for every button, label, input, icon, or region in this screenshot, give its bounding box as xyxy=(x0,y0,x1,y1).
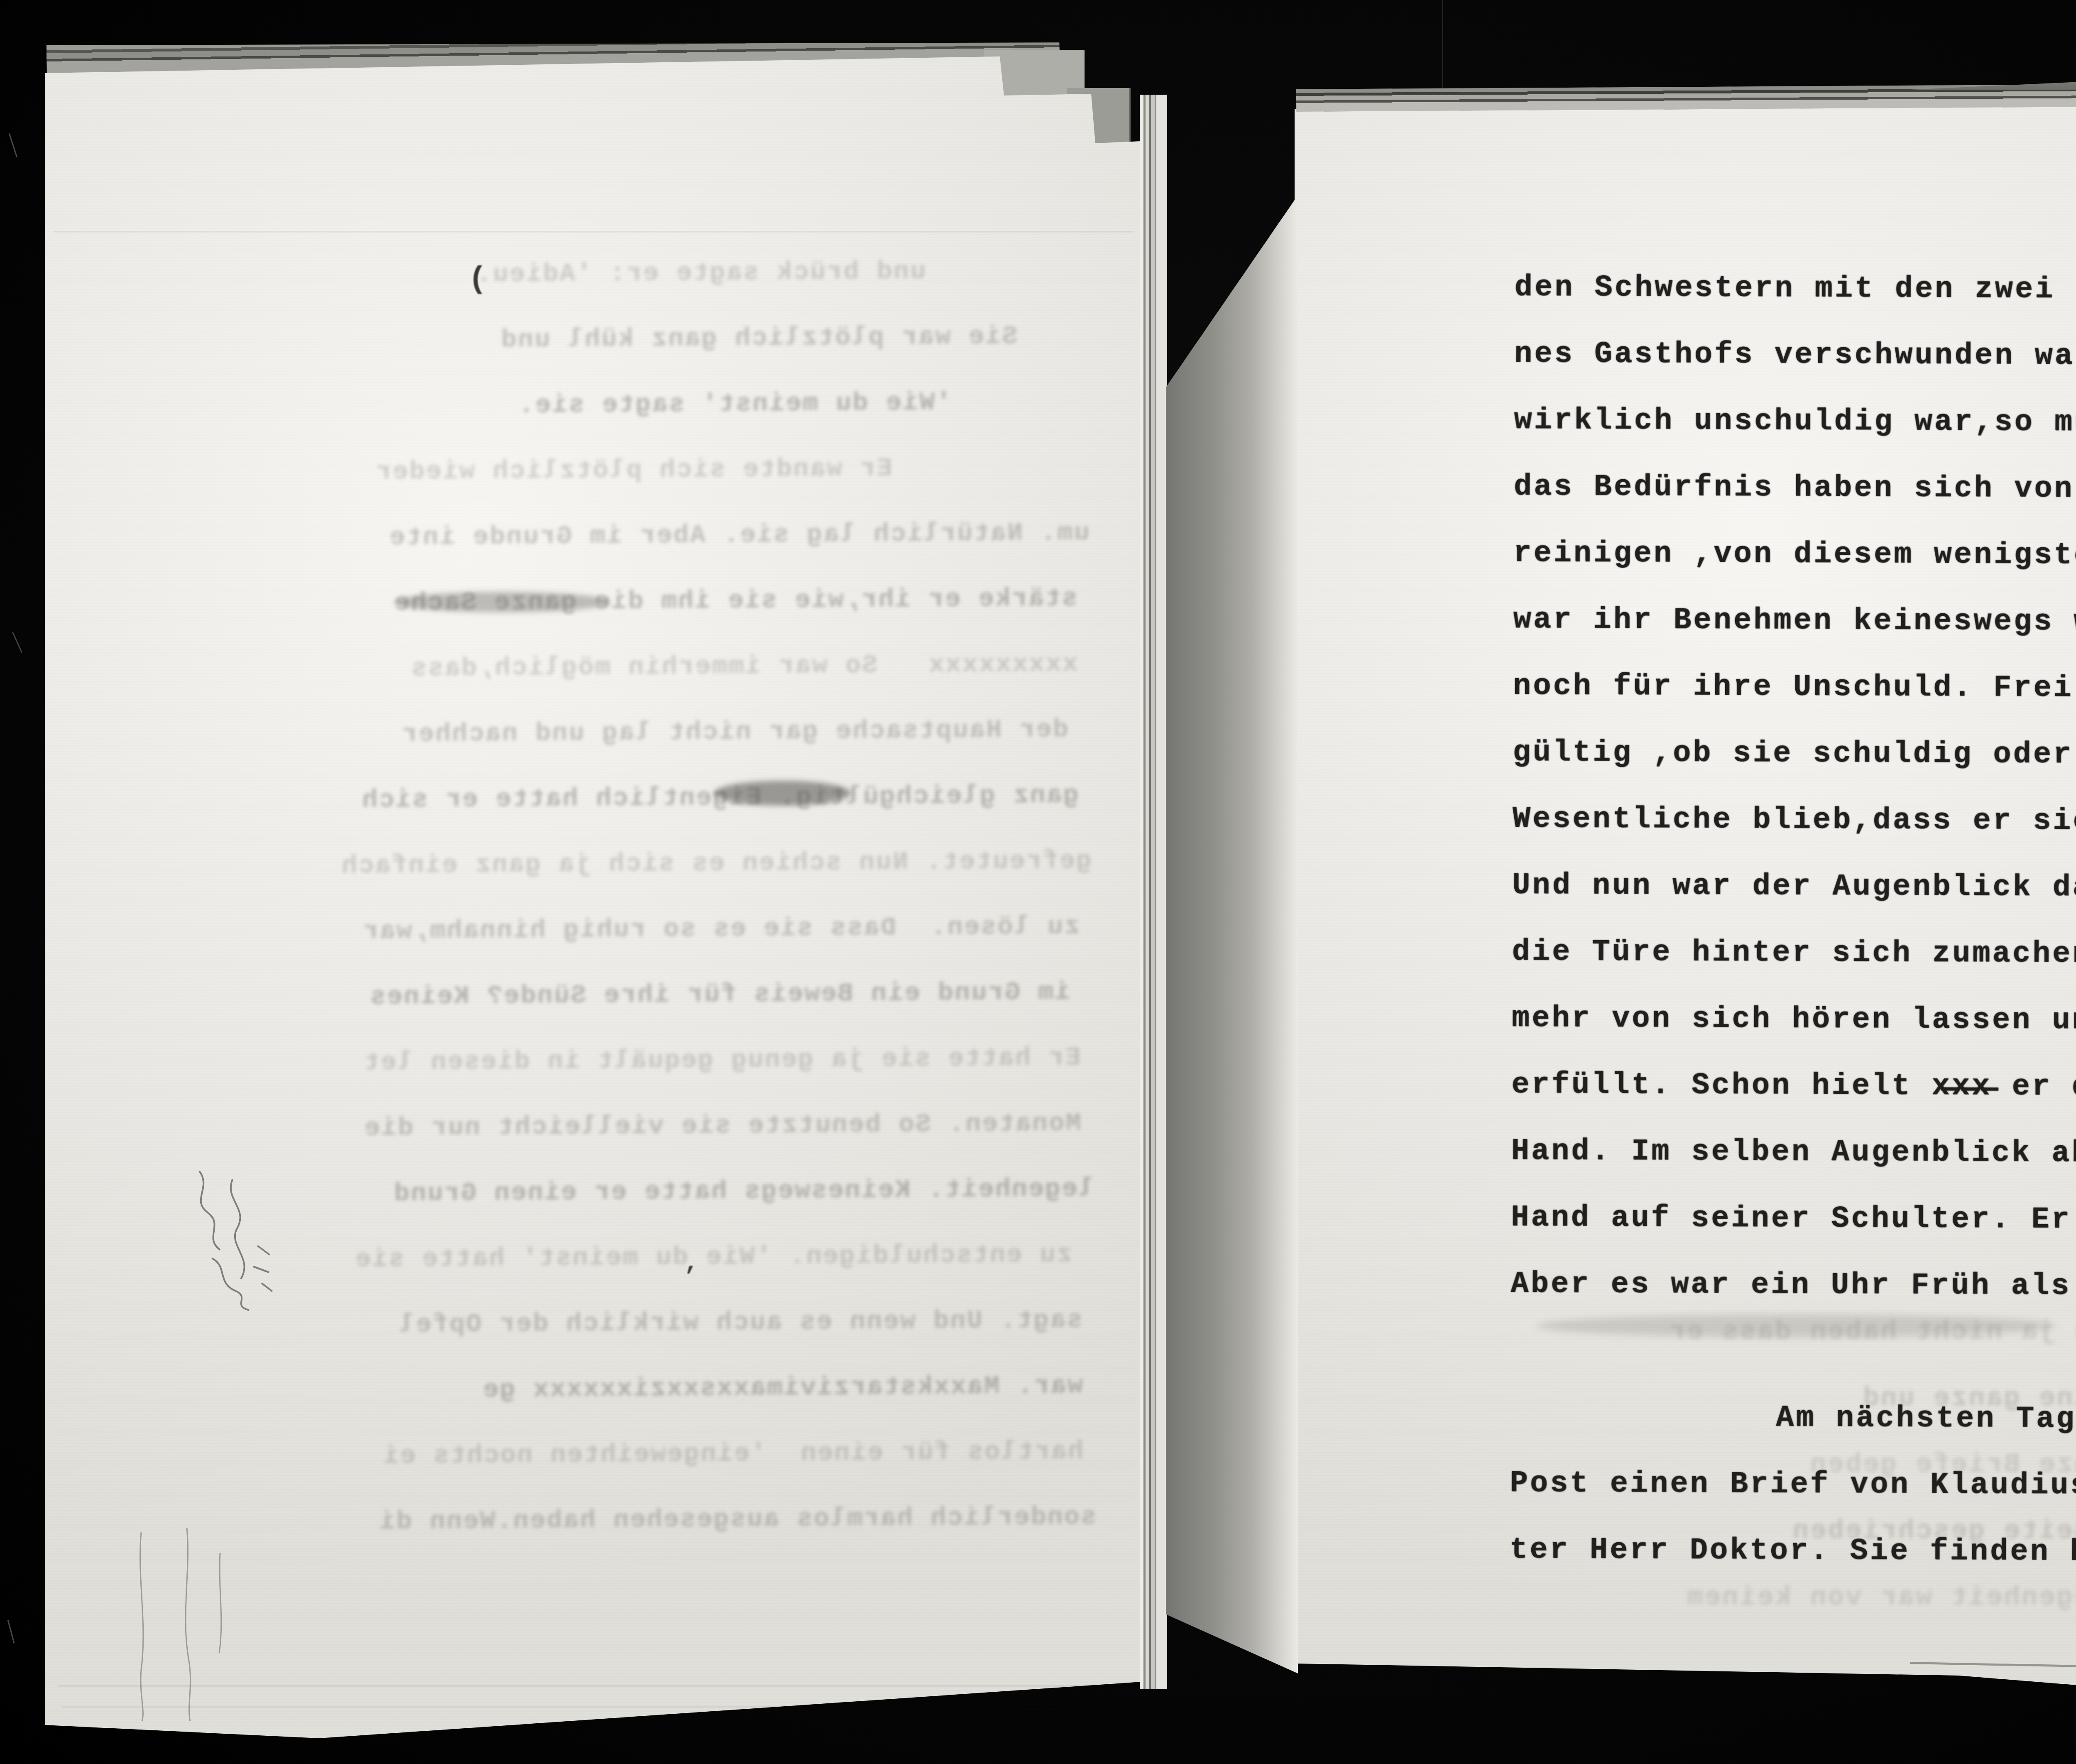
typed-line: Hand auf seiner Schulter. Er wandte sich… xyxy=(1511,1184,2076,1254)
ink-smear xyxy=(394,592,610,612)
film-background: und brück sagte er: 'Adieu.Sie war plötz… xyxy=(0,0,2076,1764)
typed-line: den Schwestern mit den zwei Herren im To… xyxy=(1514,254,2076,324)
dust-specks xyxy=(0,0,1,1)
typed-line: Hand. Im selben Augenblick aber fühlte e… xyxy=(1511,1118,2076,1188)
typed-line: wirklich unschuldig war,so musste sie je… xyxy=(1514,387,2076,457)
bleedthrough-line: und brück sagte er: 'Adieu. xyxy=(128,238,1075,310)
typed-line: war ihr Benehmen keineswegs weder für ih… xyxy=(1513,586,2076,657)
pencil-streaks xyxy=(125,1528,249,1723)
typed-line: Und nun war der Augenblick da. Er musste… xyxy=(1512,852,2076,922)
bleedthrough-line: um. Natürlich lag sie. Aber im Grunde in… xyxy=(142,500,1089,572)
bleedthrough-line: Er hatte sie ja genug gequält in diesen … xyxy=(134,1025,1081,1097)
typed-line: ter Herr Doktor. Sie finden hier eingesc… xyxy=(1510,1517,2076,1587)
typed-line: nes Gasthofs verschwunden waren. Und wen… xyxy=(1514,321,2076,391)
bleedthrough-line: xxxxxxxxx So war immerhin möglich,dass xyxy=(131,631,1078,703)
bleedthrough-line: ganz gleichgültig. Eigentlich hatte er s… xyxy=(132,762,1079,835)
bleedthrough-line: der Hauptsache gar nicht lag und nachher xyxy=(122,697,1069,769)
bleedthrough-line: war. Maxxkstarzivimaxxsxxzixxxxxx ge xyxy=(136,1353,1083,1425)
left-page-bleedthrough-text: und brück sagte er: 'Adieu.Sie war plötz… xyxy=(128,238,1084,1556)
film-scratch xyxy=(12,632,22,653)
typed-line: Post einen Brief von Klaudius Dobold: "V… xyxy=(1510,1450,2076,1520)
gutter-shadow xyxy=(1166,195,1298,1673)
bleedthrough-line: zu lösen. Dass sie es so ruhig hinnahm,w… xyxy=(133,894,1080,966)
typed-line: reinigen ,von diesem wenigstens; kurz,ei… xyxy=(1513,520,2076,590)
bleedthrough-line: sonderlich harmlos ausgesehen haben.Wenn… xyxy=(149,1484,1097,1556)
bleedthrough-line: Monaten. So benutzte sie vielleicht nur … xyxy=(134,1090,1081,1163)
bleedthrough-line: Er wandte sich plötzlich wieder xyxy=(120,434,1067,507)
ink-smear xyxy=(714,781,851,806)
typed-line: mehr von sich hören lassen und sein Wuns… xyxy=(1512,985,2076,1055)
right-page-stacked-edges xyxy=(1296,82,2076,112)
typed-line: die Türe hinter sich zumachen und m̶i̶x̶… xyxy=(1512,919,2076,989)
typed-line: erfüllt. Schon hielt x̶x̶x̶ er die Klink… xyxy=(1511,1051,2076,1122)
film-scratch xyxy=(9,133,17,157)
film-scratch-vertical xyxy=(1442,0,1443,88)
left-page-edge-lines xyxy=(1140,95,1167,1689)
typed-text-block: den Schwestern mit den zwei Herren im To… xyxy=(1510,254,2076,1587)
bleedthrough-line: im Grund ein Beweis für ihre Sünde? Kein… xyxy=(123,959,1070,1031)
pen-mark: , xyxy=(684,1250,699,1277)
bleedthrough-line: hartlos für einen 'eingeweihten nochts e… xyxy=(137,1419,1084,1491)
typed-line: Am nächsten Tag brachte ihm die xyxy=(1510,1384,2076,1454)
typed-line: das Bedürfnis haben sich von dem Verdach… xyxy=(1514,453,2076,524)
bleedthrough-line: gefreutet. Nun schien es sich ja ganz ei… xyxy=(145,828,1092,900)
typed-line: gültig ,ob sie schuldig oder unschuldig … xyxy=(1513,719,2076,789)
film-scratch xyxy=(7,1620,15,1644)
bleedthrough-line: Sie war plötzlich ganz kühl und xyxy=(129,303,1076,375)
typed-line: Aber es war ein Uhr Früh als er ging. xyxy=(1510,1251,2076,1321)
typed-line: noch für ihre Unschuld. Freilich war es … xyxy=(1513,653,2076,723)
typed-line: Wesentliche blieb,dass er sie los sein w… xyxy=(1512,786,2076,856)
pencil-scribble xyxy=(174,1163,307,1312)
pen-mark: ( xyxy=(468,262,487,297)
paper-crease xyxy=(54,231,1133,233)
bleedthrough-line: 'Wie du meinst' sagte sie. xyxy=(129,369,1076,441)
